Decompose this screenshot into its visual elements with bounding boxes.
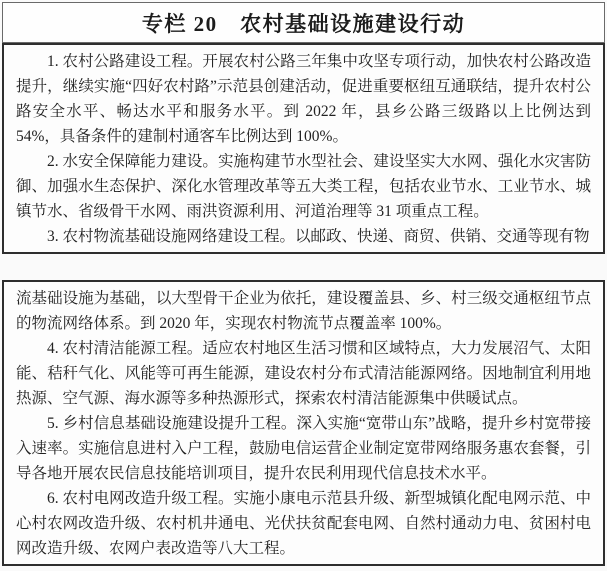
paragraph-water-security: 2. 水安全保障能力建设。实施构建节水型社会、建设坚实大水网、强化水灾害防御、加… — [16, 149, 591, 224]
text-box-lower: 流基础设施为基础，以大型骨干企业为依托，建设覆盖县、乡、村三级交通枢纽节点的物流… — [2, 280, 605, 566]
paragraph-rural-logistics-continued: 流基础设施为基础，以大型骨干企业为依托，建设覆盖县、乡、村三级交通枢纽节点的物流… — [16, 286, 591, 336]
paragraph-clean-energy: 4. 农村清洁能源工程。适应农村地区生活习惯和区域特点，大力发展沼气、太阳能、秸… — [16, 336, 591, 411]
paragraph-rural-logistics-start: 3. 农村物流基础设施网络建设工程。以邮政、快递、商贸、供销、交通等现有物 — [16, 224, 591, 249]
paragraph-rural-roads: 1. 农村公路建设工程。开展农村公路三年集中攻坚专项行动，加快农村公路改造提升，… — [16, 49, 591, 149]
text-box-upper: 1. 农村公路建设工程。开展农村公路三年集中攻坚专项行动，加快农村公路改造提升，… — [2, 43, 605, 254]
paragraph-information-infrastructure: 5. 乡村信息基础设施建设提升工程。深入实施“宽带山东”战略，提升乡村宽带接入速… — [16, 411, 591, 486]
column-title-box: 专栏 20 农村基础设施建设行动 — [2, 2, 605, 43]
document-page: 专栏 20 农村基础设施建设行动 1. 农村公路建设工程。开展农村公路三年集中攻… — [0, 0, 607, 571]
paragraph-power-grid-upgrade: 6. 农村电网改造升级工程。实施小康电示范县升级、新型城镇化配电网示范、中心村农… — [16, 486, 591, 561]
column-title: 专栏 20 农村基础设施建设行动 — [142, 8, 465, 38]
